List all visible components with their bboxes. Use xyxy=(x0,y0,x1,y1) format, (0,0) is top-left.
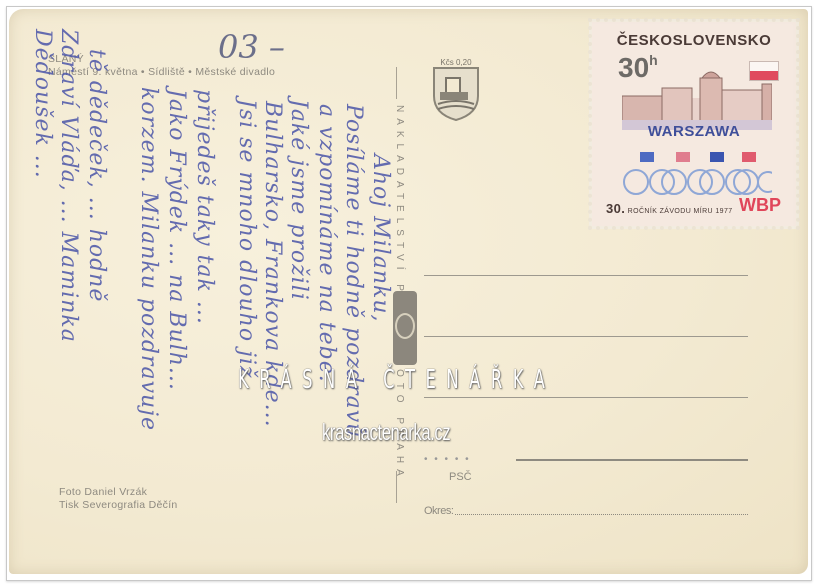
cyclists-illustration-icon xyxy=(622,140,772,196)
stamp-caption-number: 30. xyxy=(606,201,625,216)
postal-code-boxes: • • • • • xyxy=(424,454,471,465)
handwriting-line: Jako Frýdek ... na Bulh... xyxy=(164,89,189,391)
press-foto-logo xyxy=(393,291,417,365)
handwriting-line: korzem. Milanku pozdravuje xyxy=(136,87,161,431)
handwritten-number: 03 – xyxy=(218,28,285,66)
stamp-caption: 30. ROČNÍK ZÁVODU MÍRU 1977 xyxy=(606,201,733,216)
tourism-emblem-icon: Kčs 0,20 xyxy=(424,58,488,122)
watermark-url: krasnactenarka.cz xyxy=(322,419,450,446)
district-line xyxy=(455,514,748,515)
postage-stamp: ČESKOSLOVENSKO 30h WARSZAWA 3 xyxy=(592,22,796,226)
handwriting-line: tě dědeček, ... hodně xyxy=(84,49,109,302)
print-credit: Tisk Severografia Děčín xyxy=(59,499,178,512)
address-line-1 xyxy=(424,275,748,276)
handwriting-line: Zdraví Vláďa, ... Maminka xyxy=(56,29,81,343)
address-line-3 xyxy=(424,397,748,398)
postal-code-label: PSČ xyxy=(449,471,472,483)
postal-code-line xyxy=(516,459,748,461)
handwriting-line: Ahoj Milanku, xyxy=(368,154,393,323)
postcard-back: 03 – SLANÝ Náměstí 9. května • Sídliště … xyxy=(9,9,808,574)
address-line-2 xyxy=(424,336,748,337)
watermark-title: KRÁSNÁ ČTENÁŘKA xyxy=(238,365,555,395)
handwriting-line: Jsi se mnoho dlouho již xyxy=(234,99,259,379)
stamp-country: ČESKOSLOVENSKO xyxy=(592,32,796,49)
handwriting-line: a vzpomínáme na tebe. xyxy=(314,104,339,383)
stamp-city: WARSZAWA xyxy=(592,123,796,140)
district-label: Okres: xyxy=(424,505,453,517)
handwriting-line: přijedeš taky tak ... xyxy=(192,89,217,325)
photo-credits: Foto Daniel Vrzák Tisk Severografia Děčí… xyxy=(59,486,178,512)
handwriting-line: Dědoušek ... xyxy=(30,29,55,179)
photo-credit: Foto Daniel Vrzák xyxy=(59,486,178,499)
warsaw-skyline-icon xyxy=(622,68,772,130)
divider-top xyxy=(396,67,397,99)
handwriting-line: Jaké jsme prožili xyxy=(286,99,311,301)
svg-text:Kčs 0,20: Kčs 0,20 xyxy=(440,58,472,67)
stamp-caption-text: ROČNÍK ZÁVODU MÍRU 1977 xyxy=(628,208,733,215)
stamp-wbp-mark: WBP xyxy=(739,195,781,216)
caption-subtitle: Náměstí 9. května • Sídliště • Městské d… xyxy=(48,66,275,78)
stamp-value-unit: h xyxy=(649,52,658,68)
